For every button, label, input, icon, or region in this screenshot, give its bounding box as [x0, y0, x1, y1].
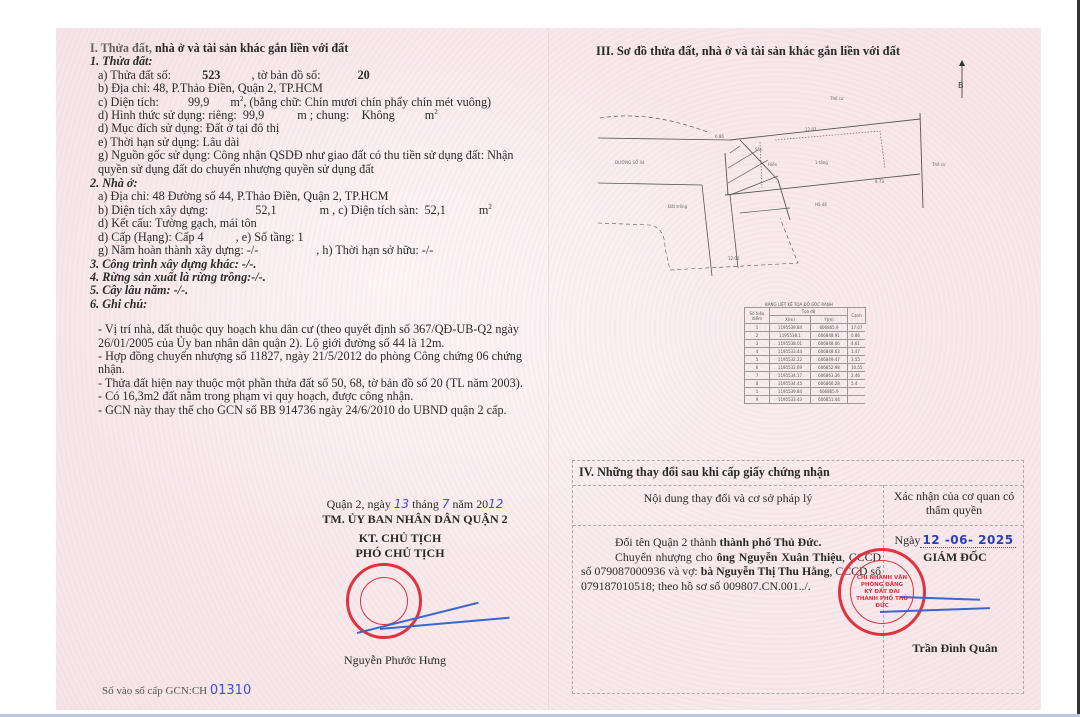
svg-text:17.07: 17.07 — [805, 127, 817, 132]
confirm-signer: Trần Đình Quân — [885, 641, 1025, 656]
coordinate-row: 11195539.84606865.9 — [745, 388, 866, 396]
section3-other-works: 3. Công trình xây dựng khác: -/-. — [90, 258, 540, 271]
svg-text:1 tầng: 1 tầng — [815, 160, 828, 165]
svg-text:8.73: 8.73 — [875, 179, 884, 184]
coordinate-row: 71195534.17606863.362.46 — [745, 372, 866, 380]
section1-title: 1. Thửa đất: — [90, 55, 540, 68]
svg-text:Thổ cư: Thổ cư — [829, 96, 844, 101]
diagram-section-title: III. Sơ đồ thửa đất, nhà ở và tài sản kh… — [596, 44, 900, 59]
house-area-row: b) Diện tích xây dựng: 52,1 m , c) Diện … — [90, 204, 540, 217]
coordinate-row: 51195532.22606849.473.55 — [745, 356, 866, 364]
map-sheet-number: 20 — [358, 68, 370, 82]
note-item: - GCN này thay thế cho GCN số BB 914736 … — [98, 404, 540, 417]
svg-text:0.86: 0.86 — [715, 134, 724, 139]
svg-text:B: B — [958, 81, 964, 90]
usage-origin: g) Nguồn gốc sử dụng: Công nhận QSDĐ như… — [90, 149, 540, 176]
coordinate-row: 21195538.1606848.910.86 — [745, 332, 866, 340]
changes-section: IV. Những thay đổi sau khi cấp giấy chứn… — [572, 460, 1024, 694]
house-year-row: g) Năm hoàn thành xây dựng: -/-, h) Thời… — [90, 244, 540, 257]
coordinate-row: 91195533.43606851.44 — [745, 396, 866, 404]
house-grade-row: d) Cấp (Hạng): Cấp 4, e) Số tầng: 1 — [90, 231, 540, 244]
usage-term: e) Thời hạn sử dụng: Lâu dài — [90, 136, 540, 149]
usage-form-row: d) Hình thức sử dụng: riêng: 99,9 m ; ch… — [90, 109, 540, 122]
parcel-number: 523 — [202, 68, 220, 82]
col-y: Y(m) — [811, 316, 848, 324]
usage-purpose: d) Mục đích sử dụng: Đất ở tại đô thị — [90, 122, 540, 135]
section2-title: 2. Nhà ở: — [90, 177, 540, 190]
issue-date: Quận 2, ngày 13 tháng 7 năm 2012 — [300, 497, 530, 512]
notes-list: - Vị trí nhà, đất thuộc quy hoạch khu dâ… — [90, 323, 540, 417]
coordinate-table: Số hiệu điểm Tọa độ Cạnh X(m) Y(m) 11195… — [744, 307, 866, 404]
svg-text:HS 46: HS 46 — [815, 202, 827, 207]
house-structure: d) Kết cấu: Tường gạch, mái tôn — [90, 217, 540, 230]
parcel-diagram: B ĐƯỜNG SỐ 44 Thổ cư Thổ cư HS 46 1 tầng… — [590, 58, 990, 298]
change-entry: Đổi tên Quận 2 thành thành phố Thủ Đức. … — [581, 535, 881, 593]
col-x: X(m) — [770, 316, 811, 324]
section-heading: I. Thửa đất, nhà ở và tài sản khác gắn l… — [90, 42, 540, 55]
svg-text:12.00: 12.00 — [728, 256, 740, 261]
changes-col-confirm-header: Xác nhận của cơ quan có thẩm quyền — [883, 489, 1025, 517]
confirmation-date: Ngày12 -06- 2025 — [885, 533, 1025, 548]
signer-name: Nguyễn Phước Hưng — [260, 653, 530, 668]
svg-text:Đất trống: Đất trống — [668, 204, 688, 209]
section6-title: 6. Ghi chú: — [90, 298, 540, 311]
note-item: - Hợp đồng chuyển nhượng số 11827, ngày … — [98, 350, 540, 377]
coordinate-row: 31195538.01606848.064.61 — [745, 340, 866, 348]
house-address: a) Địa chỉ: 48 Đường số 44, P.Thảo Điền,… — [90, 190, 540, 203]
svg-text:ĐƯỜNG SỐ 44: ĐƯỜNG SỐ 44 — [615, 160, 645, 165]
parcel-number-row: a) Thửa đất số: 523 , tờ bản đồ số: 20 — [90, 69, 540, 82]
north-arrow-icon: B — [958, 60, 965, 98]
signer-role-2: PHÓ CHỦ TỊCH — [270, 546, 530, 561]
svg-text:Hiên: Hiên — [768, 162, 778, 167]
changes-title: IV. Những thay đổi sau khi cấp giấy chứn… — [579, 465, 830, 480]
changes-col-content-header: Nội dung thay đổi và cơ sở pháp lý — [573, 491, 883, 506]
issuing-authority: TM. ỦY BAN NHÂN DÂN QUẬN 2 — [300, 512, 530, 527]
parcel-address: b) Địa chỉ: 48, P.Thảo Điền, Quận 2, TP.… — [90, 82, 540, 95]
seal-emblem-icon — [360, 577, 408, 625]
left-page-content: I. Thửa đất, nhà ở và tài sản khác gắn l… — [90, 42, 540, 417]
note-item: - Thửa đất hiện nay thuộc một phần thửa … — [98, 377, 540, 390]
certificate-register-number: Số vào sổ cấp GCN:CH 01310 — [102, 683, 251, 698]
svg-text:Sân: Sân — [755, 147, 763, 152]
note-item: - Có 16,3m2 đất nằm trong phạm vi quy ho… — [98, 390, 540, 403]
official-seal-land-registry: CHI NHÁNH VĂN PHÒNG ĐĂNG KÝ ĐẤT ĐAI THÀN… — [838, 548, 926, 636]
svg-text:Thổ cư: Thổ cư — [931, 162, 946, 167]
coordinate-row: 61195532.69606852.9810.55 — [745, 364, 866, 372]
col-coords: Tọa độ — [770, 308, 848, 316]
coordinate-row: 11195539.84606865.917.07 — [745, 324, 866, 332]
section4-forest: 4. Rừng sản xuất là rừng trồng:-/-. — [90, 271, 540, 284]
section5-perennial: 5. Cây lâu năm: -/-. — [90, 284, 540, 297]
parcel-area: 99,9 — [188, 95, 209, 109]
page-fold — [548, 28, 549, 710]
coordinate-row: 41195533.44606848.631.47 — [745, 348, 866, 356]
signer-role-1: KT. CHỦ TỊCH — [270, 531, 530, 546]
col-edge: Cạnh — [848, 308, 866, 324]
coordinate-row: 81195534.45606866.285.4 — [745, 380, 866, 388]
note-item: - Vị trí nhà, đất thuộc quy hoạch khu dâ… — [98, 323, 540, 350]
col-point: Số hiệu điểm — [745, 308, 770, 324]
